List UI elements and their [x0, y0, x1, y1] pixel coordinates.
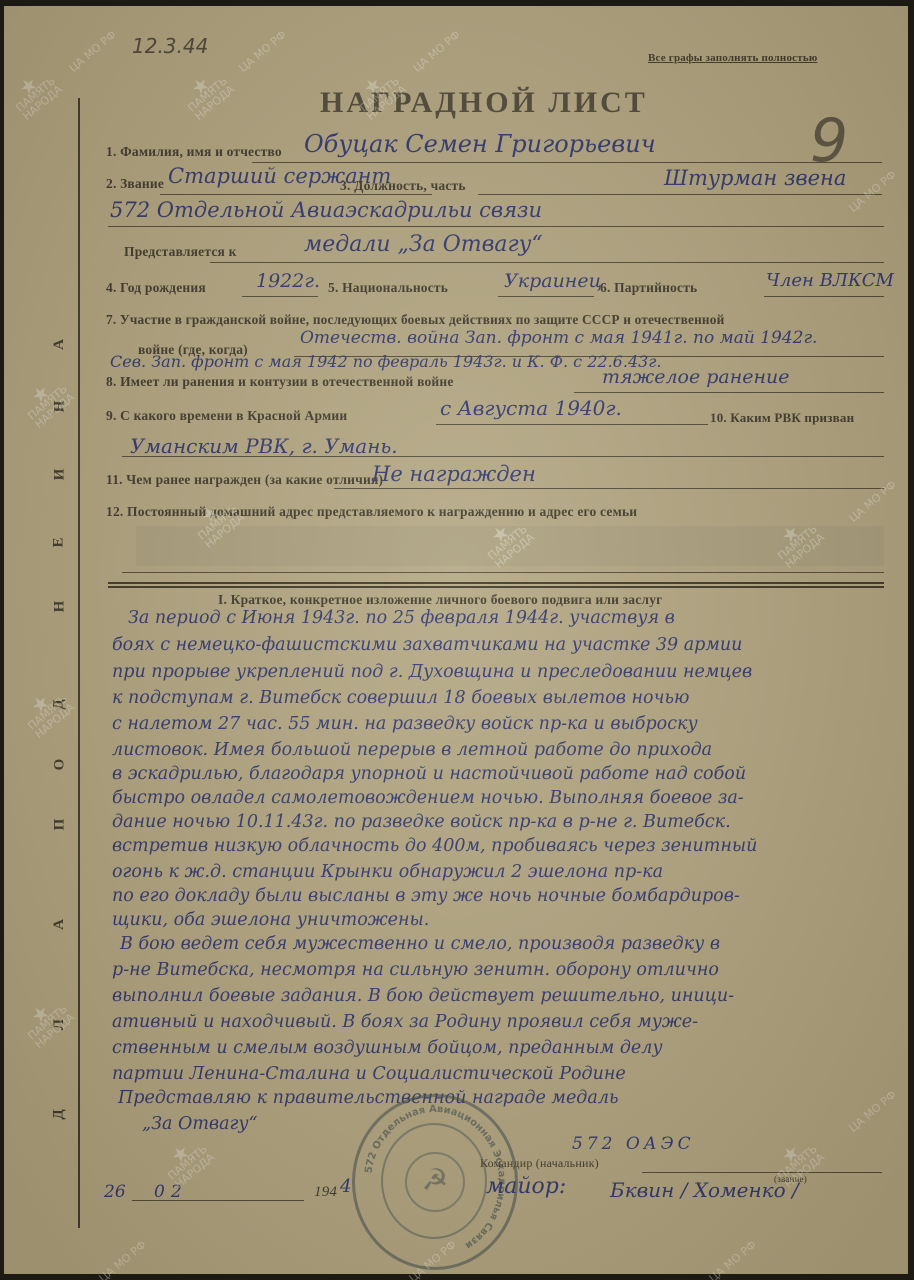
- feat-line: в эскадрилью, благодаря упорной и настой…: [112, 764, 746, 784]
- presented-label: Представляется к: [124, 244, 237, 260]
- feat-line: по его докладу были высланы в эту же ноч…: [112, 886, 740, 906]
- feat-line: дание ночью 10.11.43г. по разведке войск…: [112, 812, 731, 832]
- feat-line: к подступам г. Витебск совершил 18 боевы…: [112, 688, 689, 708]
- date-day: 26: [104, 1182, 126, 1202]
- field-11-label: 11. Чем ранее награжден (за какие отличи…: [106, 472, 383, 488]
- project-watermark: ★ПАМЯТЬНАРОДА: [19, 685, 76, 741]
- unit-name: 572 ОАЭС: [572, 1134, 695, 1154]
- feat-line: боях с немецко-фашистскими захватчиками …: [112, 635, 742, 655]
- field-3-value: Штурман звена: [664, 166, 846, 190]
- archive-watermark: ЦА МО РФ: [67, 28, 119, 75]
- feat-line: при прорыве укреплений под г. Духовщина …: [112, 662, 752, 682]
- field-8-value: тяжелое ранение: [602, 366, 790, 388]
- archive-watermark: ЦА МО РФ: [847, 478, 899, 525]
- feat-line: щики, оба эшелона уничтожены.: [112, 910, 429, 930]
- feat-line: „За Отвагу“: [142, 1114, 257, 1134]
- archive-watermark: ЦА МО РФ: [237, 28, 289, 75]
- archive-watermark: ЦА МО РФ: [847, 1088, 899, 1135]
- emblem-icon: ☭: [405, 1152, 465, 1212]
- project-watermark: ★ПАМЯТЬНАРОДА: [19, 995, 76, 1051]
- date-year-prefix: 194: [314, 1184, 337, 1201]
- field-5-value: Украинец: [504, 270, 602, 292]
- field-3-label: 3. Должность, часть: [340, 178, 466, 194]
- project-watermark: ★ПАМЯТЬНАРОДА: [7, 67, 64, 123]
- field-11-value: Не награжден: [372, 462, 536, 486]
- field-9-value: с Августа 1940г.: [440, 396, 622, 420]
- field-8-label: 8. Имеет ли ранения и контузии в отечест…: [106, 374, 454, 390]
- feat-line: партии Ленина-Сталина и Социалистической…: [112, 1064, 626, 1084]
- archive-watermark: ЦА МО РФ: [707, 1238, 759, 1280]
- field-5-label: 5. Национальность: [328, 280, 448, 296]
- signer-rank: майор:: [486, 1174, 566, 1199]
- field-1-value: Обуцак Семен Григорьевич: [304, 130, 656, 158]
- feat-line: листовок. Имея большой перерыв в летной …: [112, 740, 712, 760]
- field-4-value: 1922г.: [256, 270, 320, 292]
- instruction-text: Все графы заполнять полностью: [648, 52, 817, 64]
- field-4-label: 4. Год рождения: [106, 280, 206, 296]
- field-7-value: Отечеств. война Зап. фронт с мая 1941г. …: [300, 328, 817, 348]
- feat-line: ативный и находчивый. В боях за Родину п…: [112, 1012, 698, 1032]
- archive-watermark: ЦА МО РФ: [411, 28, 463, 75]
- field-12-label: 12. Постоянный домашний адрес представля…: [106, 504, 637, 520]
- archive-watermark: ЦА МО РФ: [847, 168, 899, 215]
- feat-line: огонь к ж.д. станции Крынки обнаружил 2 …: [112, 862, 663, 882]
- archive-watermark: ЦА МО РФ: [97, 1238, 149, 1280]
- field-3-value-cont: 572 Отдельной Авиаэскадрильи связи: [110, 198, 542, 222]
- field-6-value: Член ВЛКСМ: [766, 270, 894, 291]
- feat-line: с налетом 27 час. 55 мин. на разведку во…: [112, 714, 698, 734]
- field-7-value-cont: Сев. Зап. фронт с мая 1942 по февраль 19…: [110, 352, 661, 371]
- field-2-label: 2. Звание: [106, 176, 164, 192]
- feat-line: выполнил боевые задания. В бою действует…: [112, 986, 734, 1006]
- feat-line: ственным и смелым воздушным бойцом, пред…: [112, 1038, 663, 1058]
- section-1-heading: I. Краткое, конкретное изложение личного…: [218, 592, 663, 608]
- pencil-date: 12.3.44: [132, 34, 208, 58]
- feat-line: р-не Витебска, несмотря на сильную зенит…: [112, 960, 719, 980]
- project-watermark: ★ПАМЯТЬНАРОДА: [19, 375, 76, 431]
- field-9-label: 9. С какого времени в Красной Армии: [106, 408, 347, 424]
- field-10-value: Уманским РВК, г. Умань.: [130, 434, 398, 458]
- date-year-suffix: 4: [340, 1176, 351, 1197]
- field-6-label: 6. Партийность: [600, 280, 697, 296]
- presented-value: медали „За Отвагу“: [304, 232, 543, 257]
- signer-name: Бквин / Хоменко /: [610, 1178, 799, 1202]
- feat-line: встретив низкую облачность до 400м, проб…: [112, 836, 757, 856]
- feat-line: быстро овладел самолетовождением ночью. …: [112, 788, 744, 808]
- commander-label: Командир (начальник): [480, 1156, 599, 1171]
- field-7-label: 7. Участие в гражданской войне, последую…: [106, 312, 725, 328]
- feat-line: За период с Июня 1943г. по 25 февраля 19…: [128, 608, 675, 628]
- margin-rule: [78, 98, 80, 1228]
- field-1-label: 1. Фамилия, имя и отчество: [106, 144, 282, 160]
- award-sheet: АНИЕ НДОП АЛД 12.3.44 Все графы заполнят…: [4, 6, 908, 1274]
- project-watermark: ★ПАМЯТЬНАРОДА: [179, 67, 236, 123]
- feat-line: В бою ведет себя мужественно и смело, пр…: [120, 934, 720, 954]
- field-10-label: 10. Каким РВК призван: [710, 410, 854, 426]
